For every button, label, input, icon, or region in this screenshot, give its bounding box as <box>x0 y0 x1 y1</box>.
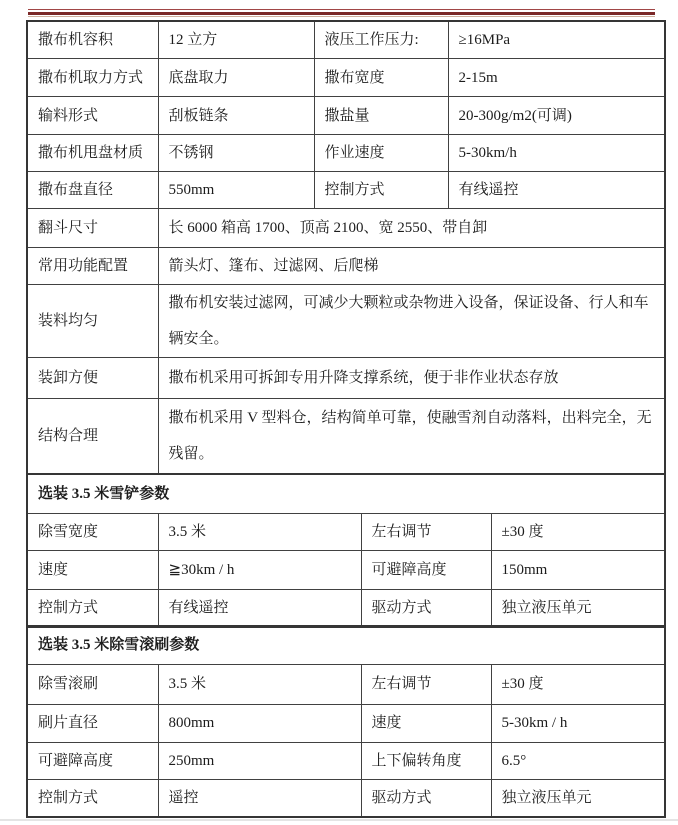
spec-label: 作业速度 <box>314 135 448 172</box>
table-row: 速度 ≧30km / h 可避障高度 150mm <box>27 550 665 589</box>
top-double-rule <box>28 9 655 17</box>
spec-label: 撒布机甩盘材质 <box>27 135 158 172</box>
table-row: 装料均匀 撒布机安装过滤网，可减少大颗粒或杂物进入设备，保证设备、行人和车辆安全… <box>27 285 665 358</box>
table-row: 选装 3.5 米雪铲参数 <box>27 474 665 513</box>
table-row: 翻斗尺寸 长 6000 箱高 1700、顶高 2100、宽 2550、带自卸 <box>27 209 665 248</box>
spec-value: 撒布机安装过滤网，可减少大颗粒或杂物进入设备，保证设备、行人和车辆安全。 <box>158 285 665 358</box>
spec-value: 独立液压单元 <box>491 779 665 817</box>
spec-value: 3.5 米 <box>158 513 361 550</box>
spec-value: 550mm <box>158 172 314 209</box>
spec-label: 翻斗尺寸 <box>27 209 158 248</box>
top-rule-thick-line <box>28 12 655 15</box>
spec-table-brush: 选装 3.5 米除雪滚刷参数 除雪滚刷 3.5 米 左右调节 ±30 度 刷片直… <box>26 625 666 818</box>
top-rule-thin-line <box>28 9 655 10</box>
spec-value: ≥16MPa <box>448 21 665 59</box>
spec-value: 800mm <box>158 704 361 742</box>
spec-value: 12 立方 <box>158 21 314 59</box>
section-title-shovel: 选装 3.5 米雪铲参数 <box>27 474 665 513</box>
spec-value: 2-15m <box>448 59 665 97</box>
spec-label: 左右调节 <box>361 664 491 704</box>
table-row: 撒布盘直径 550mm 控制方式 有线遥控 <box>27 172 665 209</box>
table-row: 常用功能配置 箭头灯、篷布、过滤网、后爬梯 <box>27 248 665 285</box>
spec-label: 速度 <box>27 550 158 589</box>
table-row: 控制方式 有线遥控 驱动方式 独立液压单元 <box>27 589 665 627</box>
table-row: 结构合理 撒布机采用 V 型料仓，结构简单可靠，使融雪剂自动落料，出料完全，无残… <box>27 399 665 474</box>
spec-value: 150mm <box>491 550 665 589</box>
spec-table-shovel: 选装 3.5 米雪铲参数 除雪宽度 3.5 米 左右调节 ±30 度 速度 ≧3… <box>26 473 666 628</box>
spec-label: 速度 <box>361 704 491 742</box>
spec-label: 撒盐量 <box>314 97 448 135</box>
spec-label: 撒布机取力方式 <box>27 59 158 97</box>
spec-value: ±30 度 <box>491 513 665 550</box>
spec-label: 控制方式 <box>314 172 448 209</box>
table-row: 除雪宽度 3.5 米 左右调节 ±30 度 <box>27 513 665 550</box>
table-row: 可避障高度 250mm 上下偏转角度 6.5° <box>27 742 665 779</box>
spec-label: 装料均匀 <box>27 285 158 358</box>
page-bottom-edge <box>0 819 678 821</box>
spec-label: 结构合理 <box>27 399 158 474</box>
spec-label: 液压工作压力: <box>314 21 448 59</box>
spec-value: 有线遥控 <box>158 589 361 627</box>
spec-value: 箭头灯、篷布、过滤网、后爬梯 <box>158 248 665 285</box>
spec-label: 可避障高度 <box>361 550 491 589</box>
table-row: 除雪滚刷 3.5 米 左右调节 ±30 度 <box>27 664 665 704</box>
section-title-brush: 选装 3.5 米除雪滚刷参数 <box>27 626 665 664</box>
table-row: 刷片直径 800mm 速度 5-30km / h <box>27 704 665 742</box>
spec-label: 可避障高度 <box>27 742 158 779</box>
spec-label: 输料形式 <box>27 97 158 135</box>
table-row: 装卸方便 撒布机采用可拆卸专用升降支撑系统，便于非作业状态存放 <box>27 358 665 399</box>
spec-value: 撒布机采用 V 型料仓，结构简单可靠，使融雪剂自动落料，出料完全，无残留。 <box>158 399 665 474</box>
spec-label: 撒布机容积 <box>27 21 158 59</box>
spec-label: 除雪宽度 <box>27 513 158 550</box>
spec-value: 底盘取力 <box>158 59 314 97</box>
spec-label: 控制方式 <box>27 589 158 627</box>
spec-label: 刷片直径 <box>27 704 158 742</box>
spec-value: 刮板链条 <box>158 97 314 135</box>
spec-value: 5-30km / h <box>491 704 665 742</box>
table-row: 控制方式 遥控 驱动方式 独立液压单元 <box>27 779 665 817</box>
spec-value: 长 6000 箱高 1700、顶高 2100、宽 2550、带自卸 <box>158 209 665 248</box>
spec-value: ≧30km / h <box>158 550 361 589</box>
spec-label: 驱动方式 <box>361 589 491 627</box>
spec-label: 左右调节 <box>361 513 491 550</box>
spec-value: 3.5 米 <box>158 664 361 704</box>
table-row: 撒布机取力方式 底盘取力 撒布宽度 2-15m <box>27 59 665 97</box>
spec-label: 撒布宽度 <box>314 59 448 97</box>
spec-label: 撒布盘直径 <box>27 172 158 209</box>
spec-value: 5-30km/h <box>448 135 665 172</box>
document-page: 撒布机容积 12 立方 液压工作压力: ≥16MPa 撒布机取力方式 底盘取力 … <box>0 0 678 825</box>
table-row: 输料形式 刮板链条 撒盐量 20-300g/m2(可调) <box>27 97 665 135</box>
spec-label: 装卸方便 <box>27 358 158 399</box>
spec-value: 撒布机采用可拆卸专用升降支撑系统，便于非作业状态存放 <box>158 358 665 399</box>
spec-value: 有线遥控 <box>448 172 665 209</box>
spec-table-main: 撒布机容积 12 立方 液压工作压力: ≥16MPa 撒布机取力方式 底盘取力 … <box>26 20 666 475</box>
spec-value: 独立液压单元 <box>491 589 665 627</box>
spec-value: 遥控 <box>158 779 361 817</box>
spec-label: 常用功能配置 <box>27 248 158 285</box>
table-row: 选装 3.5 米除雪滚刷参数 <box>27 626 665 664</box>
spec-label: 控制方式 <box>27 779 158 817</box>
spec-value: 250mm <box>158 742 361 779</box>
spec-value: ±30 度 <box>491 664 665 704</box>
spec-label: 上下偏转角度 <box>361 742 491 779</box>
table-row: 撒布机容积 12 立方 液压工作压力: ≥16MPa <box>27 21 665 59</box>
spec-label: 驱动方式 <box>361 779 491 817</box>
spec-label: 除雪滚刷 <box>27 664 158 704</box>
spec-value: 20-300g/m2(可调) <box>448 97 665 135</box>
table-row: 撒布机甩盘材质 不锈钢 作业速度 5-30km/h <box>27 135 665 172</box>
spec-value: 6.5° <box>491 742 665 779</box>
spec-value: 不锈钢 <box>158 135 314 172</box>
top-rule-shadow-line <box>28 16 655 17</box>
